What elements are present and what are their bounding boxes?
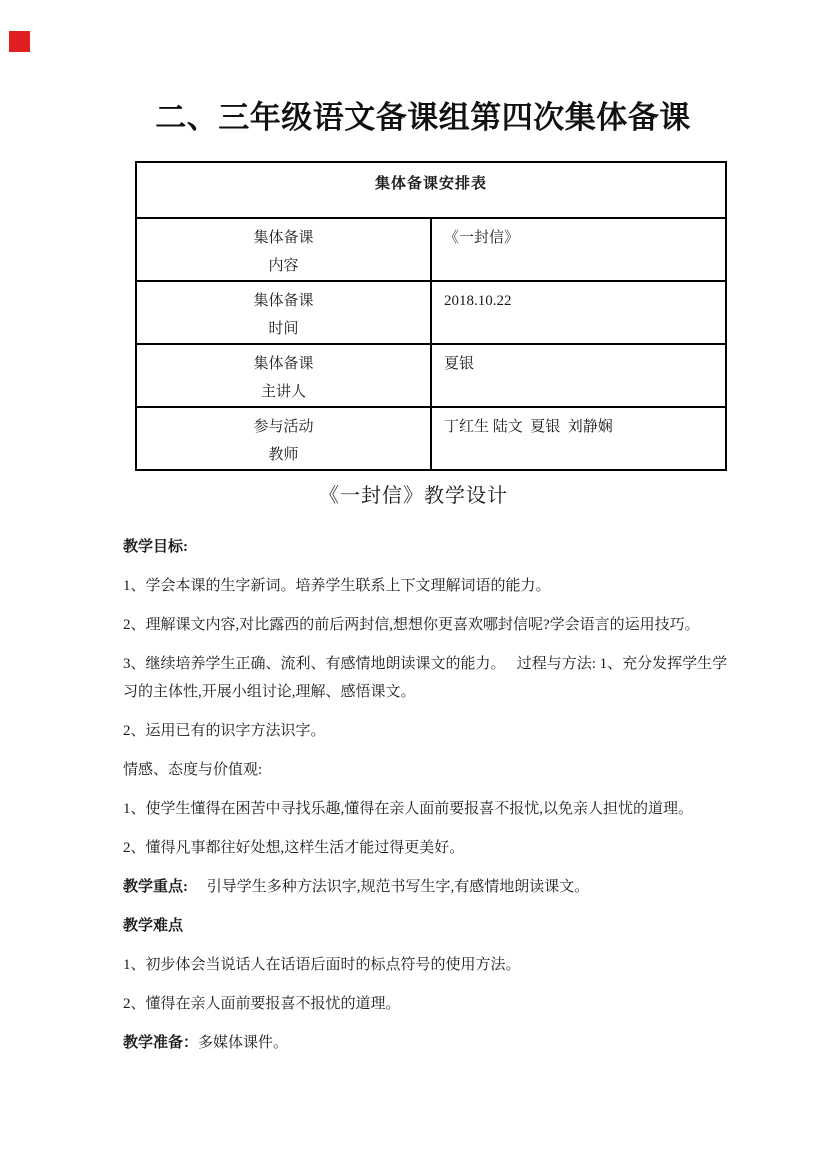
paragraph-values-heading: 情感、态度与价值观: (123, 756, 735, 784)
lesson-design-subtitle: 《一封信》教学设计 (0, 481, 827, 511)
paragraph-difficulty-2: 2、懂得在亲人面前要报喜不报忧的道理。 (123, 990, 735, 1018)
row-value: 丁红生 陆文 夏银 刘静娴 (431, 407, 726, 470)
key-points-label: 教学重点: (123, 879, 188, 895)
paragraph-objective-3: 3、继续培养学生正确、流利、有感情地朗读课文的能力。 过程与方法: 1、充分发挥… (123, 650, 735, 706)
table-row: 集体备课 主讲人 夏银 (136, 344, 726, 407)
paragraph-objective-2: 2、理解课文内容,对比露西的前后两封信,想想你更喜欢哪封信呢?学会语言的运用技巧… (123, 611, 735, 639)
document-page: 二、三年级语文备课组第四次集体备课 集体备课安排表 集体备课 内容 《一封信》 … (0, 0, 827, 1170)
row-label-line1: 集体备课 (137, 287, 430, 315)
row-label: 集体备课 时间 (136, 281, 431, 344)
row-label-line1: 集体备课 (137, 224, 430, 252)
paragraph-objective-1: 1、学会本课的生字新词。培养学生联系上下文理解词语的能力。 (123, 572, 735, 600)
paragraph-preparation: 教学准备：多媒体课件。 (123, 1029, 735, 1057)
row-label: 集体备课 主讲人 (136, 344, 431, 407)
row-value: 2018.10.22 (431, 281, 726, 344)
document-title: 二、三年级语文备课组第四次集体备课 (0, 96, 827, 140)
row-label-line1: 参与活动 (137, 413, 430, 441)
row-label: 集体备课 内容 (136, 218, 431, 281)
row-label: 参与活动 教师 (136, 407, 431, 470)
preparation-text: 多媒体课件。 (198, 1035, 288, 1051)
schedule-table: 集体备课安排表 集体备课 内容 《一封信》 集体备课 时间 2018.10.22… (135, 161, 727, 471)
table-title: 集体备课安排表 (136, 162, 726, 218)
key-points-text: 引导学生多种方法识字,规范书写生字,有感情地朗读课文。 (188, 879, 589, 895)
table-row: 参与活动 教师 丁红生 陆文 夏银 刘静娴 (136, 407, 726, 470)
body-text: 教学目标: 1、学会本课的生字新词。培养学生联系上下文理解词语的能力。 2、理解… (123, 533, 735, 1068)
preparation-label: 教学准备： (123, 1035, 198, 1051)
section-heading-difficulties: 教学难点 (123, 912, 735, 940)
paragraph-key-points: 教学重点: 引导学生多种方法识字,规范书写生字,有感情地朗读课文。 (123, 873, 735, 901)
row-label-line2: 主讲人 (137, 378, 430, 406)
paragraph-method-2: 2、运用已有的识字方法识字。 (123, 717, 735, 745)
row-label-line2: 时间 (137, 315, 430, 343)
table-row: 集体备课 内容 《一封信》 (136, 218, 726, 281)
row-value: 夏银 (431, 344, 726, 407)
section-heading-objectives: 教学目标: (123, 533, 735, 561)
paragraph-values-2: 2、懂得凡事都往好处想,这样生活才能过得更美好。 (123, 834, 735, 862)
row-label-line2: 教师 (137, 441, 430, 469)
red-square-marker (9, 31, 30, 52)
table-row: 集体备课 时间 2018.10.22 (136, 281, 726, 344)
paragraph-difficulty-1: 1、初步体会当说话人在话语后面时的标点符号的使用方法。 (123, 951, 735, 979)
row-label-line1: 集体备课 (137, 350, 430, 378)
row-label-line2: 内容 (137, 252, 430, 280)
row-value: 《一封信》 (431, 218, 726, 281)
paragraph-values-1: 1、使学生懂得在困苦中寻找乐趣,懂得在亲人面前要报喜不报忧,以免亲人担忧的道理。 (123, 795, 735, 823)
